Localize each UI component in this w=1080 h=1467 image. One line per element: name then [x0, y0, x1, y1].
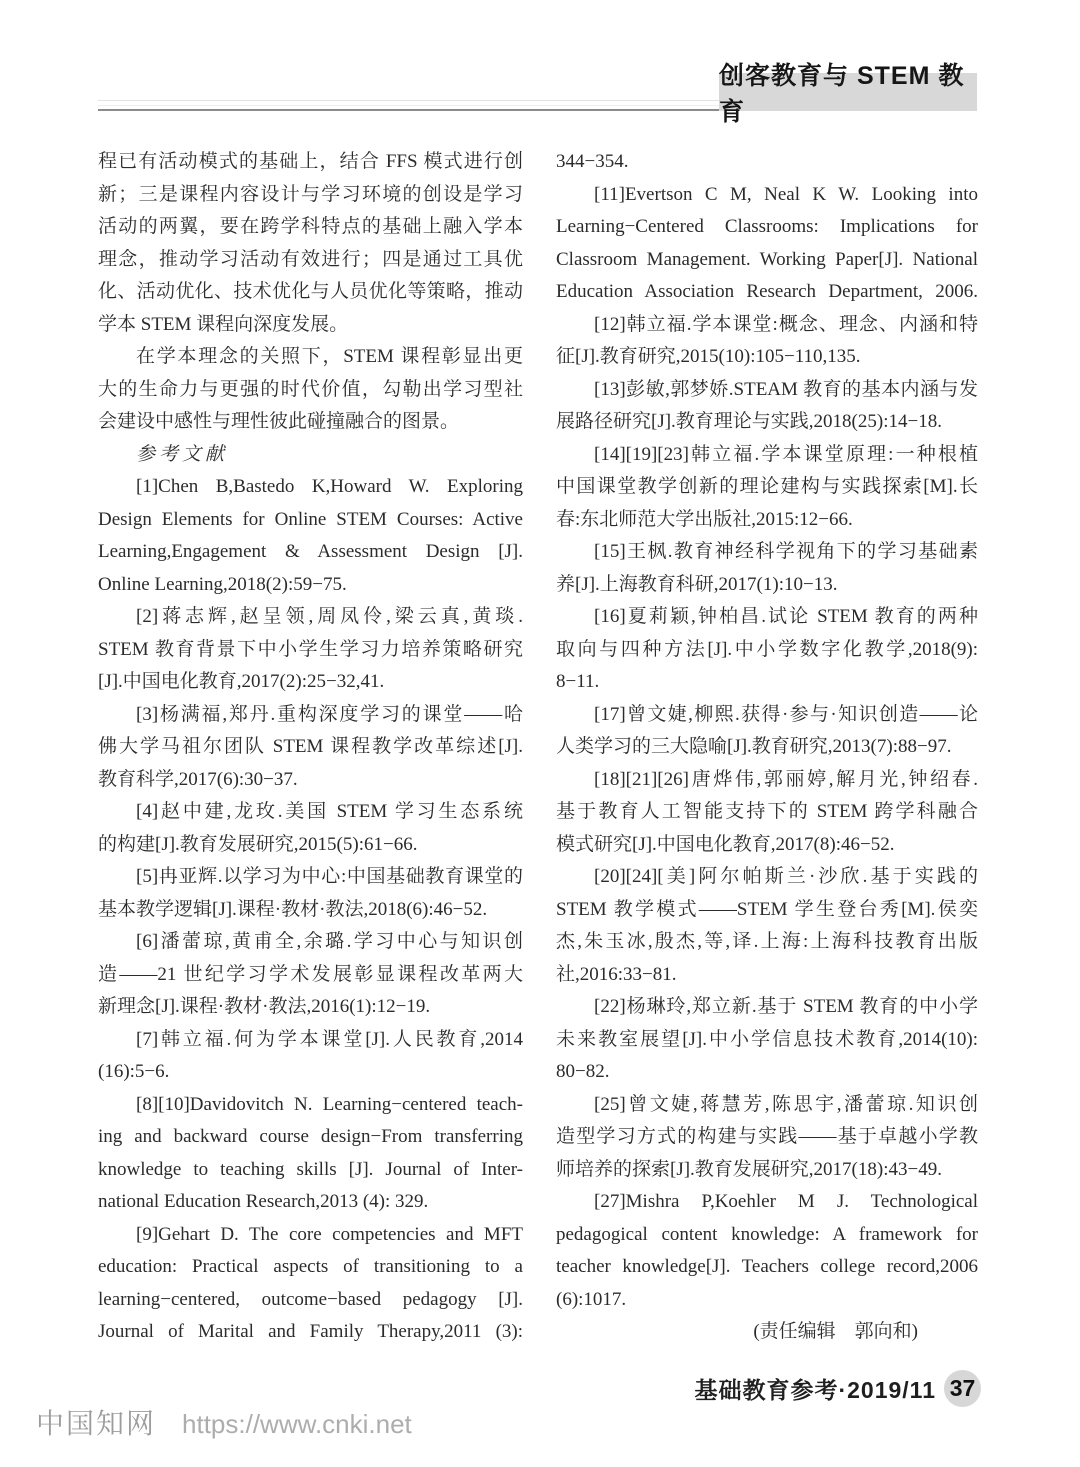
text-line: [J].中国电化教育,2017(2):25−32,41. [98, 666, 523, 699]
text-line: [12]韩立福.学本课堂:概念、理念、内涵和特 [556, 309, 978, 342]
text-line: Learning−Centered Classrooms: Implicatio… [556, 211, 978, 244]
watermark-site-name: 中国知网 [36, 1402, 156, 1442]
text-line: 学本 STEM 课程向深度发展。 [98, 309, 523, 342]
text-line: 佛大学马祖尔团队 STEM 课程教学改革综述[J]. [98, 731, 523, 764]
text-line: learning−centered, outcome−based pedagog… [98, 1284, 523, 1317]
text-line: [11]Evertson C M, Neal K W. Looking into [556, 179, 978, 212]
text-line: [1]Chen B,Bastedo K,Howard W. Exploring [98, 471, 523, 504]
text-line: Online Learning,2018(2):59−75. [98, 569, 523, 602]
text-line: 取向与四种方法[J].中小学数字化教学,2018(9): [556, 634, 978, 667]
text-line: 新理念[J].课程·教材·教法,2016(1):12−19. [98, 991, 523, 1024]
text-line: [20][24][美]阿尔帕斯兰·沙欣.基于实践的 [556, 861, 978, 894]
right-column: 344−354.[11]Evertson C M, Neal K W. Look… [556, 146, 978, 1349]
text-line: 大的生命力与更强的时代价值，勾勒出学习型社 [98, 374, 523, 407]
text-line: pedagogical content knowledge: A framewo… [556, 1219, 978, 1252]
text-line: 会建设中感性与理性彼此碰撞融合的图景。 [98, 406, 523, 439]
text-line: 教育科学,2017(6):30−37. [98, 764, 523, 797]
text-line: 养[J].上海教育科研,2017(1):10−13. [556, 569, 978, 602]
text-line: [13]彭敏,郭梦娇.STEAM 教育的基本内涵与发 [556, 374, 978, 407]
text-line: Classroom Management. Working Paper[J]. … [556, 244, 978, 277]
text-line: 活动的两翼，要在跨学科特点的基础上融入学本 [98, 211, 523, 244]
text-line: 80−82. [556, 1056, 978, 1089]
text-line: 人类学习的三大隐喻[J].教育研究,2013(7):88−97. [556, 731, 978, 764]
text-line: 杰,朱玉冰,殷杰,等,译.上海:上海科技教育出版 [556, 926, 978, 959]
text-line: Learning,Engagement & Assessment Design … [98, 536, 523, 569]
text-line: 基本教学逻辑[J].课程·教材·教法,2018(6):46−52. [98, 894, 523, 927]
text-line: 8−11. [556, 666, 978, 699]
text-line: [5]冉亚辉.以学习为中心:中国基础教育课堂的 [98, 861, 523, 894]
text-line: 理念，推动学习活动有效进行；四是通过工具优 [98, 244, 523, 277]
text-line: (6):1017. [556, 1284, 978, 1317]
text-line: 新；三是课程内容设计与学习环境的创设是学习 [98, 179, 523, 212]
text-line: education: Practical aspects of transiti… [98, 1251, 523, 1284]
text-line: [18][21][26]唐烨伟,郭丽婷,解月光,钟绍春. [556, 764, 978, 797]
text-line: [25]曾文婕,蒋慧芳,陈思宇,潘蕾琼.知识创 [556, 1089, 978, 1122]
text-line: 未来教室展望[J].中小学信息技术教育,2014(10): [556, 1024, 978, 1057]
text-line: knowledge to teaching skills [J]. Journa… [98, 1154, 523, 1187]
text-line: 造——21 世纪学习学术发展彰显课程改革两大 [98, 959, 523, 992]
text-line: national Education Research,2013 (4): 32… [98, 1186, 523, 1219]
text-line: 中国课堂教学创新的理论建构与实践探索[M].长 [556, 471, 978, 504]
section-title: 创客教育与 STEM 教育 [719, 56, 977, 128]
text-line: 模式研究[J].中国电化教育,2017(8):46−52. [556, 829, 978, 862]
editor-note: (责任编辑 郭向和) [556, 1316, 978, 1349]
text-line: 基于教育人工智能支持下的 STEM 跨学科融合 [556, 796, 978, 829]
text-line: STEM 教育背景下中小学生学习力培养策略研究 [98, 634, 523, 667]
journal-page: 创客教育与 STEM 教育 程已有活动模式的基础上，结合 FFS 模式进行创新；… [0, 0, 1080, 1467]
text-line: ing and backward course design−From tran… [98, 1121, 523, 1154]
text-line: 的构建[J].教育发展研究,2015(5):61−66. [98, 829, 523, 862]
text-line: [4]赵中建,龙玫.美国 STEM 学习生态系统 [98, 796, 523, 829]
text-line: Education Association Research Departmen… [556, 276, 978, 309]
text-line: [15]王枫.教育神经科学视角下的学习基础素 [556, 536, 978, 569]
section-header-tab: 创客教育与 STEM 教育 [719, 73, 977, 111]
text-line: [8][10]Davidovitch N. Learning−centered … [98, 1089, 523, 1122]
text-line: 在学本理念的关照下，STEM 课程彰显出更 [98, 341, 523, 374]
text-line: 社,2016:33−81. [556, 959, 978, 992]
text-line: teacher knowledge[J]. Teachers college r… [556, 1251, 978, 1284]
text-line: [14][19][23]韩立福.学本课堂原理:一种根植 [556, 439, 978, 472]
text-line: 征[J].教育研究,2015(10):105−110,135. [556, 341, 978, 374]
text-line: Journal of Marital and Family Therapy,20… [98, 1316, 523, 1349]
text-line: [17]曾文婕,柳熙.获得·参与·知识创造——论 [556, 699, 978, 732]
text-line: 化、活动优化、技术优化与人员优化等策略，推动 [98, 276, 523, 309]
watermark-url: https://www.cnki.net [182, 1409, 412, 1440]
text-line: STEM 教学模式——STEM 学生登台秀[M].侯奕 [556, 894, 978, 927]
text-line: 造型学习方式的构建与实践——基于卓越小学教 [556, 1121, 978, 1154]
references-heading: 参考文献 [98, 439, 523, 472]
left-column: 程已有活动模式的基础上，结合 FFS 模式进行创新；三是课程内容设计与学习环境的… [98, 146, 523, 1349]
cnki-watermark: 中国知网 https://www.cnki.net [36, 1402, 412, 1442]
text-line: [27]Mishra P,Koehler M J. Technological [556, 1186, 978, 1219]
text-line: (16):5−6. [98, 1056, 523, 1089]
text-line: Design Elements for Online STEM Courses:… [98, 504, 523, 537]
journal-issue-label: 基础教育参考·2019/11 [694, 1372, 936, 1405]
text-line: [2]蒋志辉,赵呈领,周凤伶,梁云真,黄琰. [98, 601, 523, 634]
text-line: 春:东北师范大学出版社,2015:12−66. [556, 504, 978, 537]
text-line: [7]韩立福.何为学本课堂[J].人民教育,2014 [98, 1024, 523, 1057]
text-line: 展路径研究[J].教育理论与实践,2018(25):14−18. [556, 406, 978, 439]
text-line: [16]夏莉颖,钟柏昌.试论 STEM 教育的两种 [556, 601, 978, 634]
text-line: [3]杨满福,郑丹.重构深度学习的课堂——哈 [98, 699, 523, 732]
text-line: 344−354. [556, 146, 978, 179]
text-line: [9]Gehart D. The core competencies and M… [98, 1219, 523, 1252]
text-line: 师培养的探索[J].教育发展研究,2017(18):43−49. [556, 1154, 978, 1187]
page-footer: 基础教育参考·2019/11 37 [694, 1370, 981, 1407]
text-line: [22]杨琳玲,郑立新.基于 STEM 教育的中小学 [556, 991, 978, 1024]
page-number-badge: 37 [944, 1370, 981, 1407]
text-line: 程已有活动模式的基础上，结合 FFS 模式进行创 [98, 146, 523, 179]
text-line: [6]潘蕾琼,黄甫全,余璐.学习中心与知识创 [98, 926, 523, 959]
